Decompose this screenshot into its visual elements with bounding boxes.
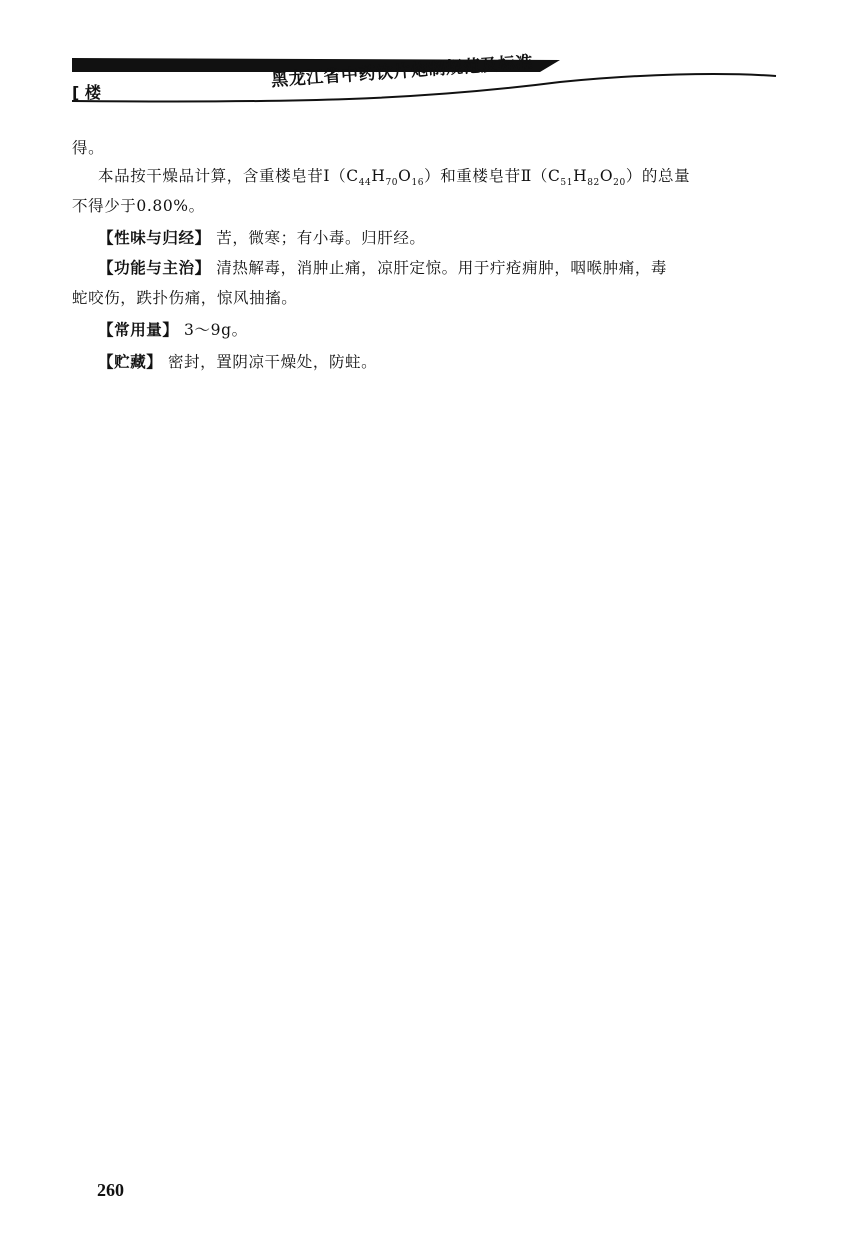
- text-line: 不得少于0.80%。: [72, 194, 205, 216]
- page-number: 260: [97, 1180, 124, 1201]
- yongliang-section: 【常用量】 3～9g。: [98, 318, 248, 340]
- section-label: 【常用量】: [98, 321, 179, 339]
- header-section-label: [ 楼: [72, 80, 101, 103]
- section-label: 【性味与归经】: [98, 229, 211, 247]
- xingwei-section: 【性味与归经】 苦，微寒；有小毒。归肝经。: [98, 226, 426, 248]
- section-label: 【贮藏】: [98, 353, 162, 371]
- gongneng-section: 【功能与主治】 清热解毒，消肿止痛，凉肝定惊。用于疔疮痈肿，咽喉肿痛，毒: [98, 256, 667, 278]
- text-line: 得。: [72, 136, 104, 158]
- section-label: 【功能与主治】: [98, 259, 211, 277]
- assay-paragraph: 本品按干燥品计算，含重楼皂苷Ⅰ（C44H70O16）和重楼皂苷Ⅱ（C51H82O…: [98, 164, 690, 188]
- text-line: 蛇咬伤，跌扑伤痛，惊风抽搐。: [72, 286, 297, 308]
- zhucang-section: 【贮藏】 密封，置阴凉干燥处，防蛀。: [98, 350, 377, 372]
